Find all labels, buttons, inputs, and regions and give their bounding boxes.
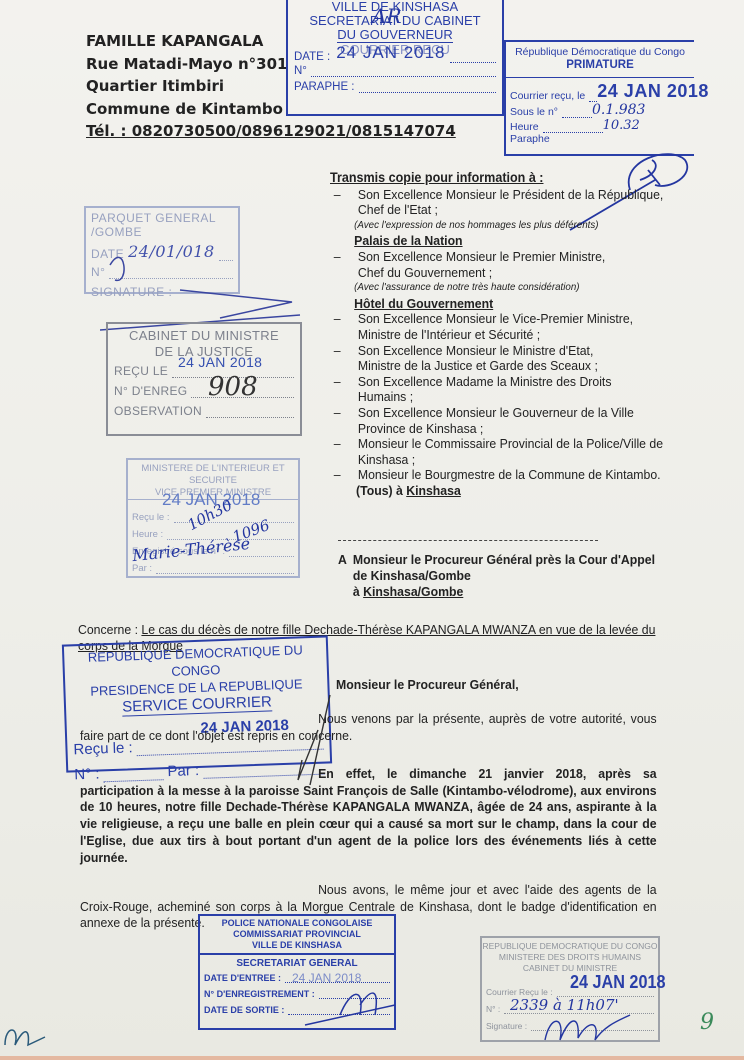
- stamp-police-entry-date: 24 JAN 2018: [292, 971, 361, 985]
- paragraph-intro: Nous venons par la présente, auprès de v…: [80, 711, 657, 744]
- stamp-hr-line2: MINISTERE DES DROITS HUMAINS: [482, 952, 658, 963]
- stamp-interior-line1: MINISTERE DE L'INTERIEUR ET SECURITE: [128, 463, 298, 487]
- stamp-primature-paraphe-label: Paraphe: [510, 133, 550, 145]
- stamp-police: POLICE NATIONALE CONGOLAISE COMMISSARIAT…: [198, 914, 396, 1030]
- addressee-prefix: A: [338, 552, 353, 568]
- stamp-justice-num-label: N° D'ENREG: [114, 384, 187, 398]
- stamp-governor-line3: DU GOUVERNEUR: [337, 28, 453, 43]
- list-item: –Son Excellence Madame la Ministre des D…: [330, 374, 702, 405]
- stamp-primature: République Démocratique du Congo PRIMATU…: [504, 40, 694, 156]
- addressee-line1: Monsieur le Procureur Général près la Co…: [353, 552, 655, 567]
- stamp-justice-line1: CABINET DU MINISTRE: [108, 328, 300, 344]
- page-edge: [0, 1056, 744, 1060]
- stamp-primature-date: 24 JAN 2018: [597, 81, 709, 102]
- stamp-parquet-date-label: DATE: [91, 247, 124, 261]
- stamp-hr-num: 2339 à 11h07': [510, 996, 619, 1014]
- separator: [338, 540, 598, 541]
- copies-heading: Transmis copie pour information à :: [330, 170, 702, 186]
- stamp-governor-num-label: N°: [294, 65, 307, 77]
- copies-tous: (Tous) à Kinshasa: [330, 483, 702, 499]
- list-item: –Son Excellence Monsieur le Président de…: [330, 187, 702, 218]
- salutation: Monsieur le Procureur Général,: [336, 677, 519, 692]
- page-mark: 9: [700, 1010, 714, 1035]
- stamp-justice-date: 24 JAN 2018: [178, 354, 262, 370]
- stamp-justice-num: 908: [208, 372, 258, 402]
- stamp-primature-hour: 10.32: [603, 118, 640, 133]
- stamp-hr-num-label: N° :: [486, 1004, 500, 1014]
- stamp-police-exit-label: DATE DE SORTIE :: [204, 1005, 284, 1015]
- stamp-police-line1: POLICE NATIONALE CONGOLAISE: [200, 918, 394, 929]
- paragraph-facts: En effet, le dimanche 21 janvier 2018, a…: [80, 766, 657, 866]
- stamp-parquet-line1: PARQUET GENERAL /GOMBE: [86, 208, 238, 242]
- stamp-parquet-date: 24/01/018: [128, 242, 215, 261]
- annotation-ar: AR: [372, 4, 402, 28]
- stamp-hr-signature-label: Signature :: [486, 1021, 527, 1031]
- addressee-line2: de Kinshasa/Gombe: [338, 568, 655, 584]
- addressee-block: AMonsieur le Procureur Général près la C…: [338, 552, 655, 600]
- stamp-police-reg-label: N° D'ENREGISTREMENT :: [204, 989, 315, 999]
- copies-note-2: (Avec l'assurance de notre très haute co…: [330, 280, 702, 296]
- signature-initial-icon: [0, 1015, 50, 1055]
- stamp-governor-paraphe-label: PARAPHE :: [294, 81, 355, 93]
- stamp-primature-num: 0.1.983: [592, 102, 645, 118]
- stamp-justice-received-label: REÇU LE: [114, 364, 168, 378]
- stamp-hr-date: 24 JAN 2018: [570, 972, 665, 993]
- stamp-police-line2: COMMISSARIAT PROVINCIAL: [200, 929, 394, 940]
- stamp-interior-hour-label: Heure :: [132, 529, 163, 540]
- stamp-presidency: REPUBLIQUE DEMOCRATIQUE DU CONGO PRESIDE…: [62, 635, 332, 772]
- stamp-governor-line4: COURRIER RECU: [288, 43, 502, 57]
- list-item: –Son Excellence Monsieur le Vice-Premier…: [330, 311, 702, 342]
- stamp-parquet-signature-label: SIGNATURE :: [91, 285, 172, 299]
- stamp-primature-received-label: Courrier reçu, le: [510, 90, 585, 102]
- list-item: –Monsieur le Commissaire Provincial de l…: [330, 436, 702, 467]
- stamp-primature-line2: PRIMATURE: [506, 59, 694, 72]
- list-item: –Son Excellence Monsieur le Ministre d'E…: [330, 343, 702, 374]
- stamp-justice-observation-label: OBSERVATION: [114, 404, 202, 418]
- copies-place-2: Hôtel du Gouvernement: [330, 296, 702, 312]
- stamp-primature-line1: République Démocratique du Congo: [506, 46, 694, 59]
- copies-place-1: Palais de la Nation: [330, 233, 702, 249]
- stamp-police-entry-label: DATE D'ENTREE :: [204, 973, 281, 983]
- stamp-primature-num-label: Sous le n°: [510, 106, 558, 118]
- stamp-hr-line1: REPUBLIQUE DEMOCRATIQUE DU CONGO: [482, 941, 658, 952]
- list-item: –Son Excellence Monsieur le Gouverneur d…: [330, 405, 702, 436]
- sender-phone: Tél. : 0820730500/0896129021/0815147074: [86, 120, 456, 143]
- copies-list: Transmis copie pour information à : –Son…: [330, 170, 702, 498]
- addressee-line3: à Kinshasa/Gombe: [338, 584, 655, 600]
- list-item: –Son Excellence Monsieur le Premier Mini…: [330, 249, 702, 280]
- stamp-police-line3: VILLE DE KINSHASA: [200, 940, 394, 951]
- copies-note-1: (Avec l'expression de nos hommages les p…: [330, 218, 702, 234]
- stamp-primature-hour-label: Heure: [510, 121, 539, 133]
- stamp-interior-received-label: Reçu le :: [132, 512, 170, 523]
- stamp-parquet-num-label: N°: [91, 265, 105, 279]
- stamp-police-line4: SECRETARIAT GENERAL: [200, 955, 394, 969]
- stamp-parquet: PARQUET GENERAL /GOMBE DATE24/01/018 N° …: [84, 206, 240, 294]
- list-item: –Monsieur le Bourgmestre de la Commune d…: [330, 467, 702, 483]
- stamp-justice: CABINET DU MINISTRE DE LA JUSTICE 24 JAN…: [106, 322, 302, 436]
- subject-label: Concerne :: [78, 622, 141, 637]
